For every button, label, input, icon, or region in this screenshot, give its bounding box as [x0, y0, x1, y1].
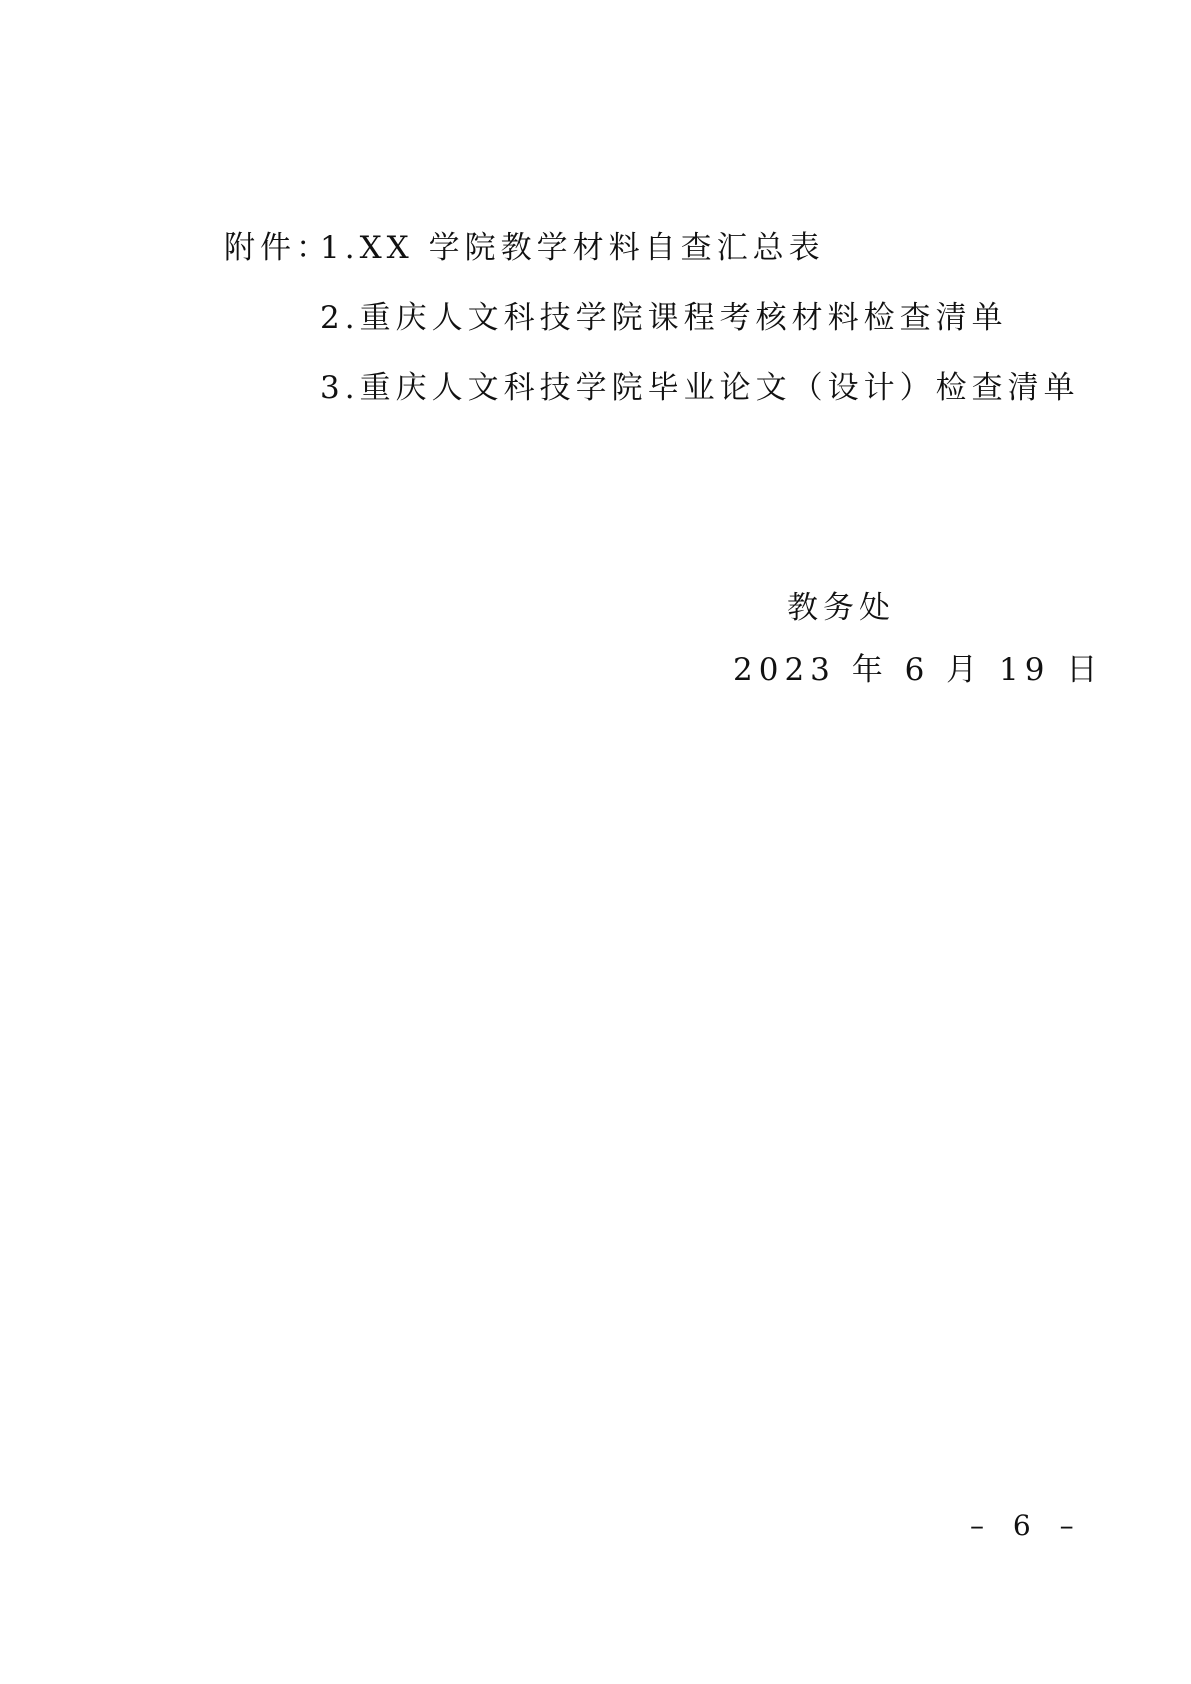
- attachments-label: 附件：: [224, 228, 332, 268]
- page-number: – 6 –: [970, 1508, 1084, 1544]
- attachment-item-2: 2.重庆人文科技学院课程考核材料检查清单: [320, 298, 1008, 338]
- issue-date: 2023 年 6 月 19 日: [733, 650, 1103, 690]
- document-page: 附件： 1.XX 学院教学材料自查汇总表 2.重庆人文科技学院课程考核材料检查清…: [0, 0, 1191, 1684]
- issuer-signature: 教务处: [787, 588, 895, 628]
- attachment-item-3: 3.重庆人文科技学院毕业论文（设计）检查清单: [320, 368, 1080, 408]
- attachment-item-1: 1.XX 学院教学材料自查汇总表: [320, 228, 825, 268]
